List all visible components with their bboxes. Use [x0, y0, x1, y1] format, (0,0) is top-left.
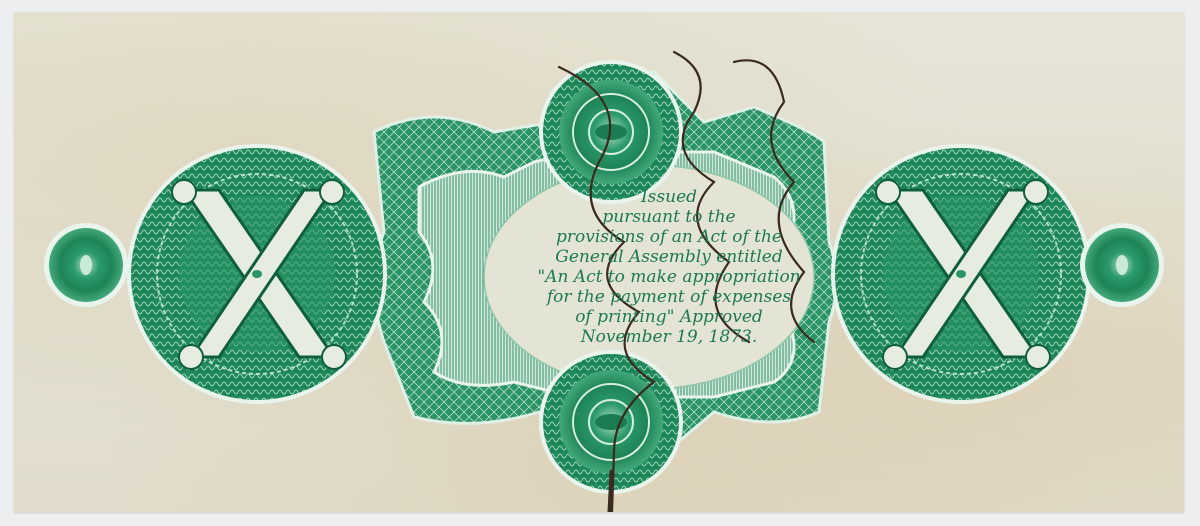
right-x-medallion: [833, 146, 1089, 402]
inscription-line: pursuant to the: [534, 207, 804, 227]
banknote-back: Issued pursuant to the provisions of an …: [14, 12, 1184, 512]
inscription-line: November 19, 1873.: [534, 327, 804, 347]
inscription-line: for the payment of expenses: [534, 287, 804, 307]
rosette-top: [541, 62, 681, 202]
inscription-line: "An Act to make appropriation: [534, 267, 804, 287]
inscription-line: Issued: [534, 187, 804, 207]
inscription-line: provisions of an Act of the: [534, 227, 804, 247]
side-rosette-right: [1080, 223, 1164, 307]
side-rosette-left: [44, 223, 128, 307]
inscription-line: General Assembly entitled: [534, 247, 804, 267]
center-inscription: Issued pursuant to the provisions of an …: [534, 187, 804, 347]
inscription-line: of printing" Approved: [534, 307, 804, 327]
left-x-medallion: [129, 146, 385, 402]
